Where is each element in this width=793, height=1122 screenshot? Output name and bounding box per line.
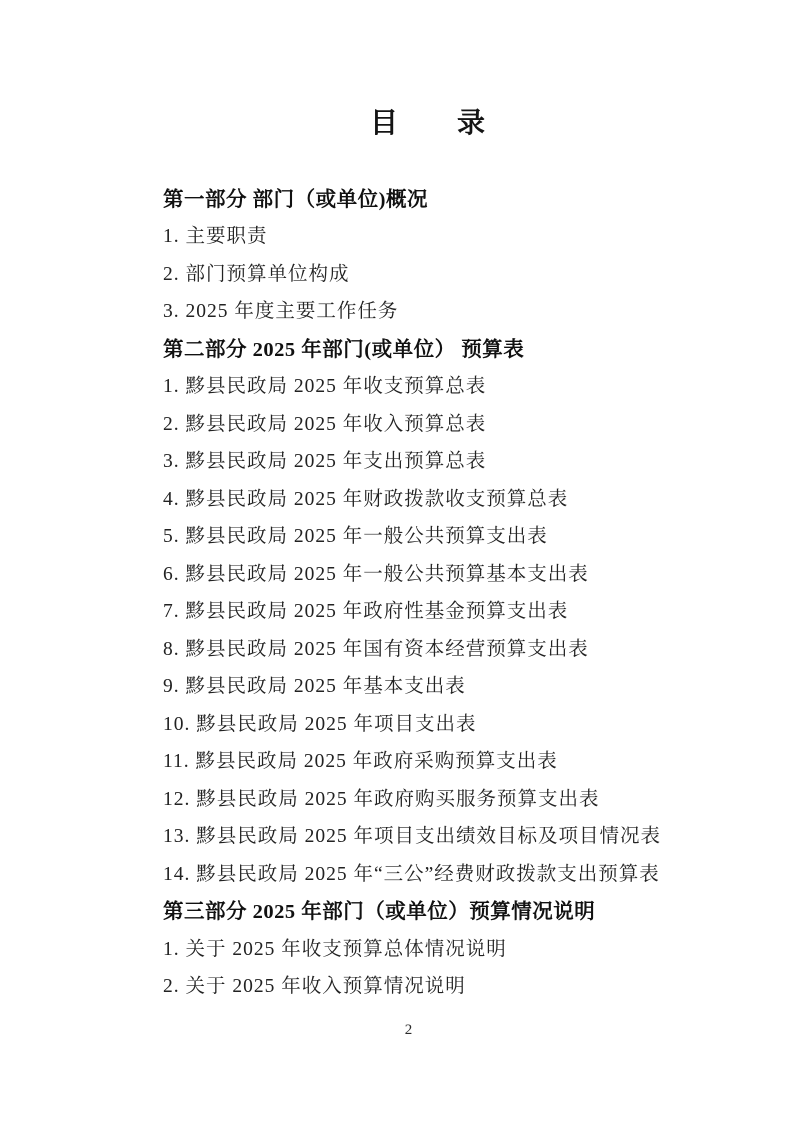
toc-item: 14. 黟县民政局 2025 年“三公”经费财政拨款支出预算表 bbox=[163, 853, 703, 891]
toc-item: 2. 部门预算单位构成 bbox=[163, 253, 703, 291]
toc-item: 6. 黟县民政局 2025 年一般公共预算基本支出表 bbox=[163, 553, 703, 591]
page-title: 目 录 bbox=[163, 106, 693, 142]
table-of-contents: 第一部分 部门（或单位)概况1. 主要职责2. 部门预算单位构成3. 2025 … bbox=[163, 178, 703, 1003]
toc-item: 1. 黟县民政局 2025 年收支预算总表 bbox=[163, 366, 703, 404]
toc-item: 2. 黟县民政局 2025 年收入预算总表 bbox=[163, 403, 703, 441]
page-number: 2 bbox=[24, 1020, 793, 1040]
section-heading: 第三部分 2025 年部门（或单位）预算情况说明 bbox=[163, 891, 703, 929]
toc-item: 13. 黟县民政局 2025 年项目支出绩效目标及项目情况表 bbox=[163, 816, 703, 854]
toc-item: 3. 2025 年度主要工作任务 bbox=[163, 291, 703, 329]
toc-item: 3. 黟县民政局 2025 年支出预算总表 bbox=[163, 441, 703, 479]
toc-item: 9. 黟县民政局 2025 年基本支出表 bbox=[163, 666, 703, 704]
document-page: 目 录 第一部分 部门（或单位)概况1. 主要职责2. 部门预算单位构成3. 2… bbox=[0, 0, 793, 1122]
toc-item: 7. 黟县民政局 2025 年政府性基金预算支出表 bbox=[163, 591, 703, 629]
toc-item: 4. 黟县民政局 2025 年财政拨款收支预算总表 bbox=[163, 478, 703, 516]
toc-item: 1. 主要职责 bbox=[163, 216, 703, 254]
toc-item: 2. 关于 2025 年收入预算情况说明 bbox=[163, 966, 703, 1004]
toc-item: 5. 黟县民政局 2025 年一般公共预算支出表 bbox=[163, 516, 703, 554]
toc-item: 12. 黟县民政局 2025 年政府购买服务预算支出表 bbox=[163, 778, 703, 816]
section-heading: 第二部分 2025 年部门(或单位） 预算表 bbox=[163, 328, 703, 366]
section-heading: 第一部分 部门（或单位)概况 bbox=[163, 178, 703, 216]
toc-item: 1. 关于 2025 年收支预算总体情况说明 bbox=[163, 928, 703, 966]
toc-item: 11. 黟县民政局 2025 年政府采购预算支出表 bbox=[163, 741, 703, 779]
toc-item: 8. 黟县民政局 2025 年国有资本经营预算支出表 bbox=[163, 628, 703, 666]
toc-item: 10. 黟县民政局 2025 年项目支出表 bbox=[163, 703, 703, 741]
